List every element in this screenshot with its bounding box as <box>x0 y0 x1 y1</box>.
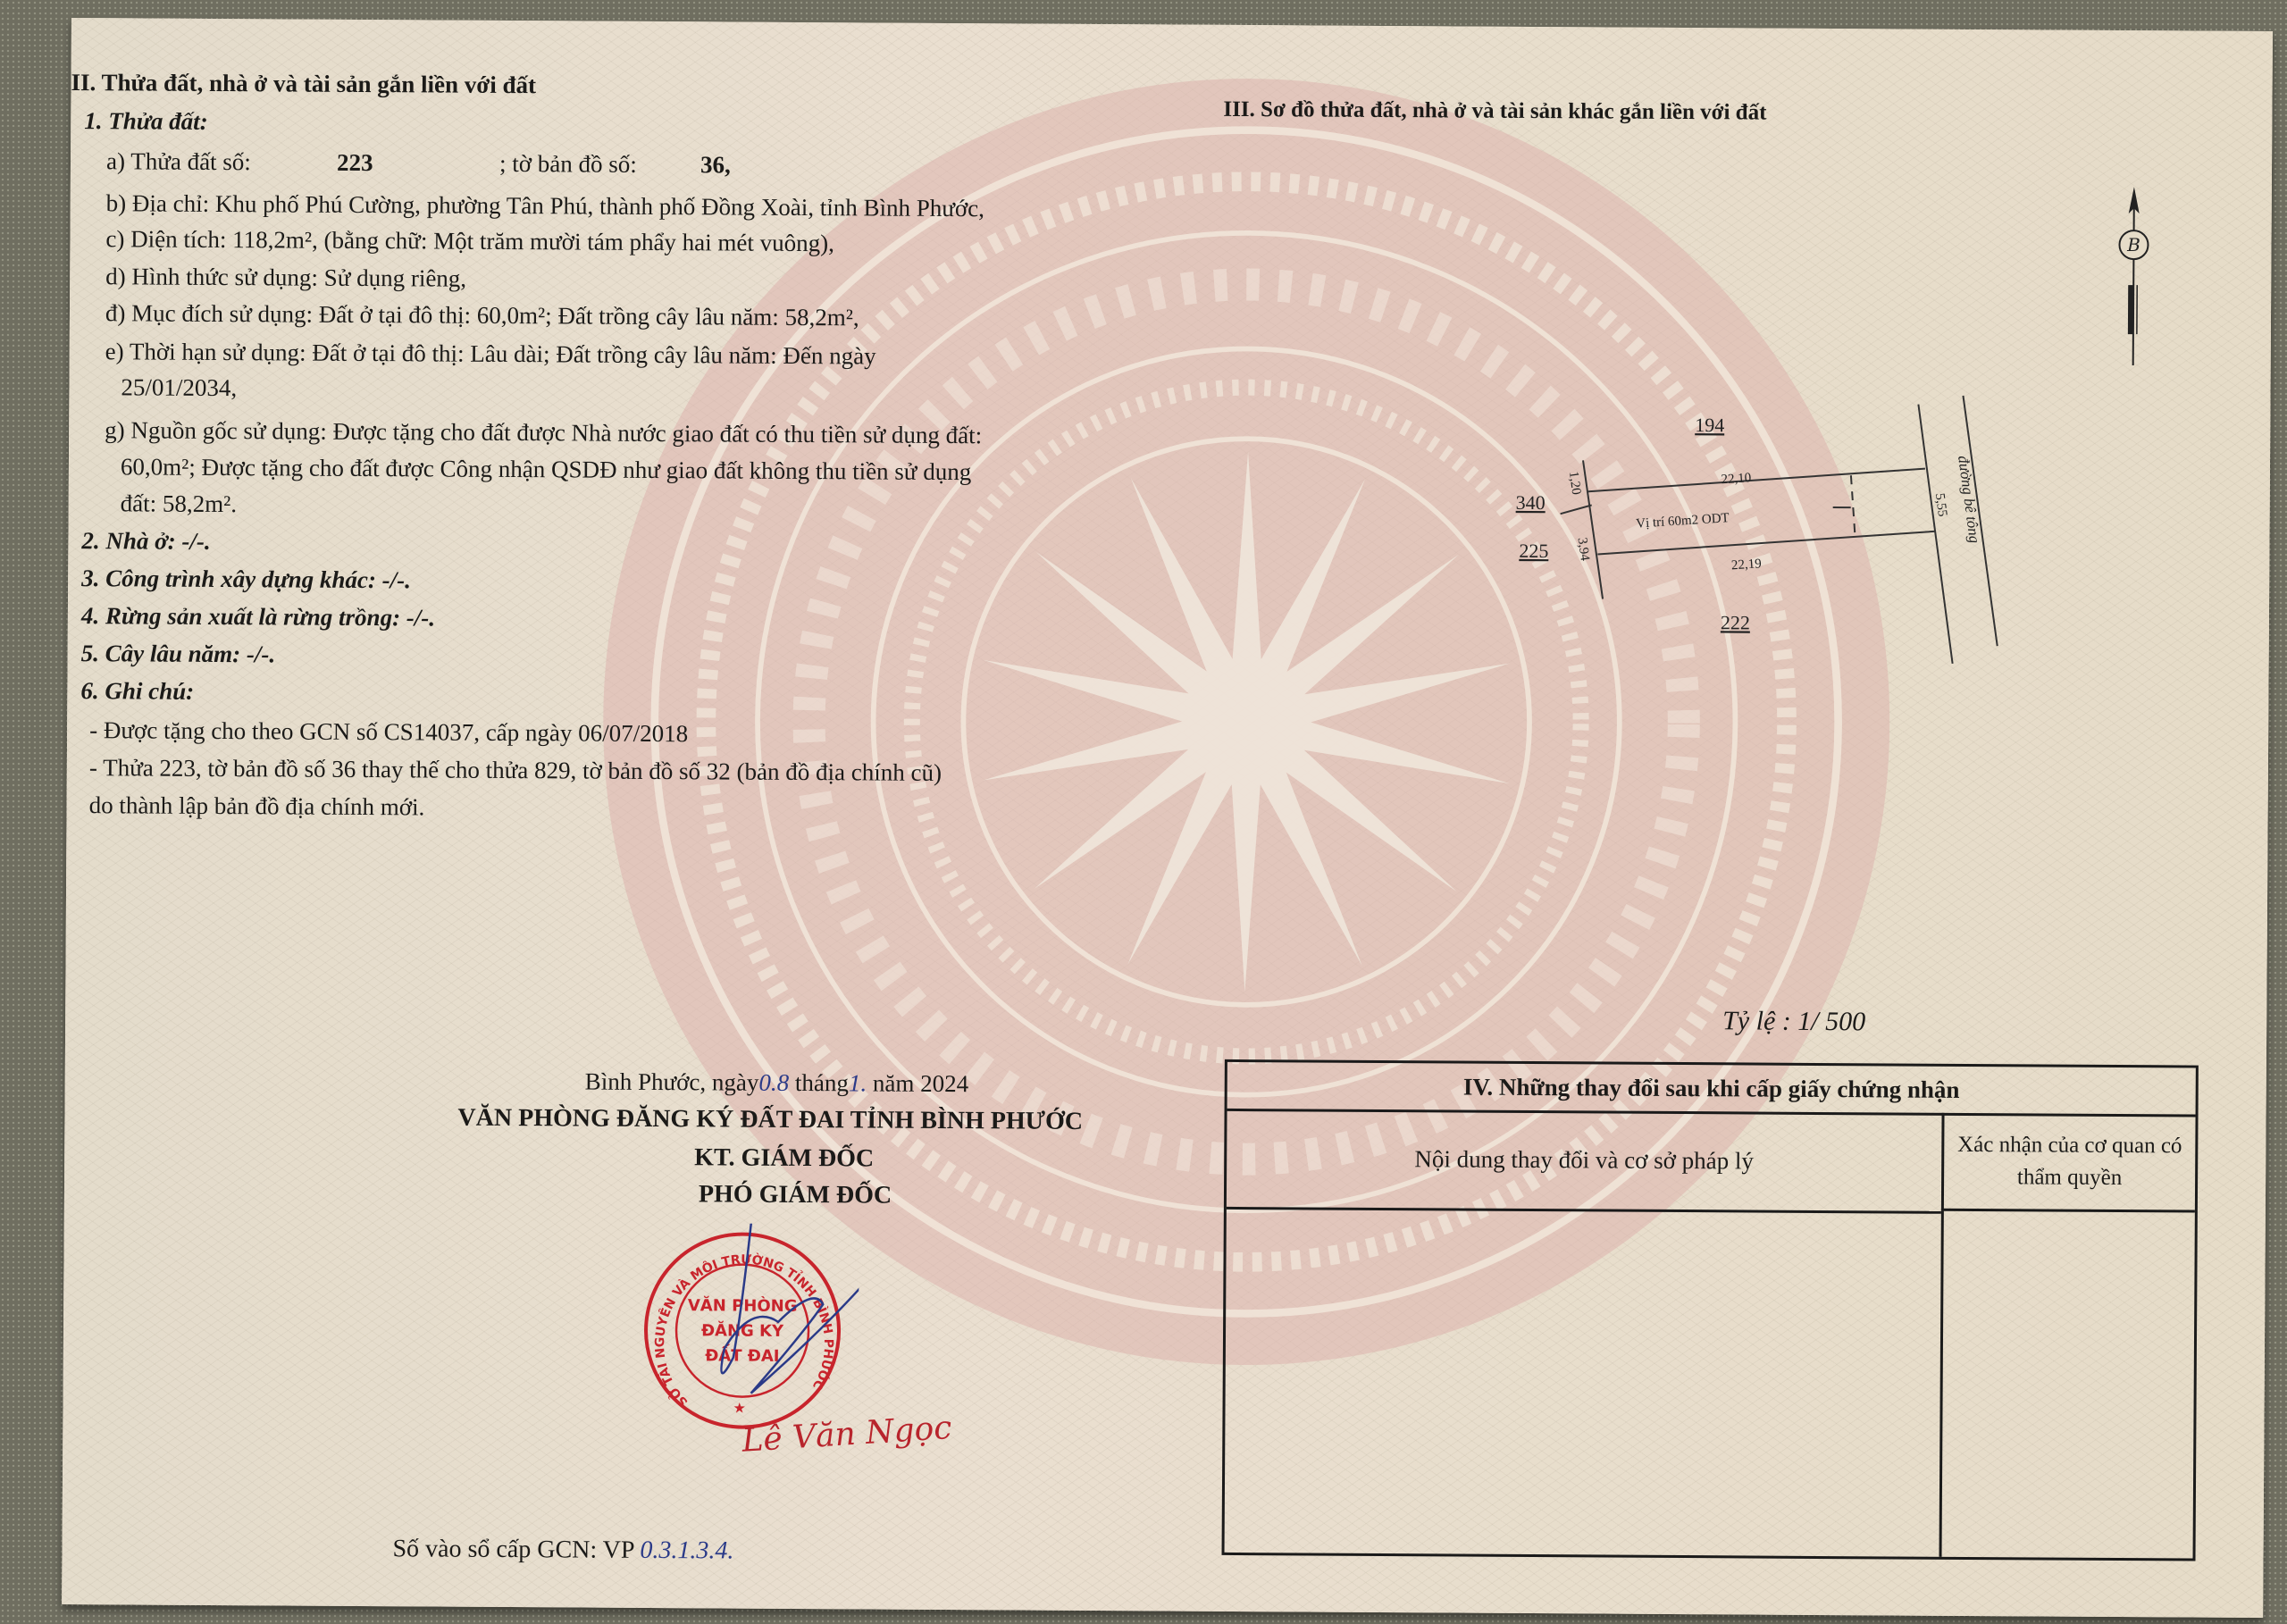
issue-date: Bình Phước, ngày0.8 tháng1. năm 2024 <box>585 1067 969 1100</box>
note-item: - Thửa 223, tờ bản đồ số 36 thay thế cho… <box>89 752 942 788</box>
note-item: - Được tặng cho theo GCN số CS14037, cấp… <box>89 715 688 749</box>
usage-form: d) Hình thức sử dụng: Sử dụng riêng, <box>105 261 466 293</box>
usage-term-date: 25/01/2034, <box>121 372 237 403</box>
usage-purpose: đ) Mục đích sử dụng: Đất ở tại đô thị: 6… <box>105 297 859 332</box>
issue-month: 1. <box>849 1069 867 1096</box>
svg-text:3,94: 3,94 <box>1575 537 1592 563</box>
on-behalf-label: KT. GIÁM ĐỐC <box>694 1143 874 1174</box>
column-header-content: Nội dung thay đổi và cơ sở pháp lý <box>1227 1109 1942 1214</box>
svg-text:22,10: 22,10 <box>1721 471 1752 487</box>
changes-table: IV. Những thay đổi sau khi cấp giấy chứn… <box>1222 1059 2199 1561</box>
svg-text:Vị trí 60m2 ODT: Vị trí 60m2 ODT <box>1636 511 1730 532</box>
svg-text:5,55: 5,55 <box>1932 492 1949 517</box>
usage-origin-line3: đất: 58,2m². <box>121 488 238 519</box>
scale-label: Tỷ lệ : 1/ 500 <box>1722 1006 1865 1037</box>
address: b) Địa chỉ: Khu phố Phú Cường, phường Tâ… <box>106 188 984 223</box>
issue-day: 0.8 <box>758 1069 789 1096</box>
map-sheet-label: ; tờ bản đồ số: <box>499 148 637 180</box>
notes-heading: 6. Ghi chú: <box>80 675 194 707</box>
svg-text:225: 225 <box>1519 540 1548 562</box>
svg-text:★: ★ <box>733 1400 745 1417</box>
usage-origin: g) Nguồn gốc sử dụng: Được tặng cho đất … <box>105 414 982 450</box>
land-certificate-page: II. Thửa đất, nhà ở và tài sản gắn liền … <box>62 18 2273 1618</box>
registry-value: 0.3.1.3.4. <box>640 1536 733 1565</box>
column-divider <box>1939 1211 1944 1557</box>
svg-text:340: 340 <box>1516 491 1546 514</box>
forest-item: 4. Rừng sản xuất là rừng trồng: -/-. <box>81 600 435 632</box>
north-arrow-icon: B <box>2115 187 2152 365</box>
svg-text:194: 194 <box>1695 414 1724 436</box>
registry-number: Số vào sổ cấp GCN: VP 0.3.1.3.4. <box>392 1534 733 1566</box>
parcel-number-label: a) Thửa đất số: <box>106 146 251 177</box>
signer-title: PHÓ GIÁM ĐỐC <box>699 1179 892 1210</box>
parcel-sketch-diagram: 194 340 225 222 22,10 22,19 Vị trí 60m2 … <box>1496 366 2052 691</box>
confirmation-line-1: Xác nhận của cơ quan có <box>1944 1129 2195 1163</box>
section-3-heading: III. Sơ đồ thửa đất, nhà ở và tài sản kh… <box>1223 95 1766 129</box>
parcel-number: 223 <box>337 147 373 178</box>
svg-text:222: 222 <box>1721 611 1750 633</box>
confirmation-line-2: thẩm quyền <box>1944 1161 2195 1195</box>
area: c) Diện tích: 118,2m², (bằng chữ: Một tr… <box>105 223 834 258</box>
parcel-heading: 1. Thửa đất: <box>84 105 208 137</box>
usage-origin-line2: 60,0m²; Được tặng cho đất được Công nhận… <box>121 451 972 487</box>
perennial-item: 5. Cây lâu năm: -/-. <box>81 638 276 669</box>
official-red-stamp: VĂN PHÒNG ĐĂNG KÝ ĐẤT ĐAI SỞ TÀI NGUYÊN … <box>634 1223 859 1448</box>
section-2-heading: II. Thửa đất, nhà ở và tài sản gắn liền … <box>71 67 536 100</box>
usage-term: e) Thời hạn sử dụng: Đất ở tại đô thị: L… <box>105 336 876 371</box>
registry-label: Số vào sổ cấp GCN: VP <box>392 1535 633 1564</box>
svg-text:22,19: 22,19 <box>1730 557 1762 573</box>
column-header-confirmation: Xác nhận của cơ quan có thẩm quyền <box>1941 1113 2196 1213</box>
svg-text:1,20: 1,20 <box>1566 471 1583 496</box>
issue-year: năm 2024 <box>873 1070 968 1098</box>
svg-text:đường bê tông: đường bê tông <box>1955 455 1983 544</box>
month-prefix: tháng <box>795 1069 849 1096</box>
house-item: 2. Nhà ở: -/-. <box>81 525 210 557</box>
svg-text:ĐĂNG KÝ: ĐĂNG KÝ <box>701 1320 784 1341</box>
svg-text:B: B <box>2126 234 2140 255</box>
note-item: do thành lập bản đồ địa chính mới. <box>89 790 425 822</box>
map-sheet-number: 36, <box>700 149 731 180</box>
issuing-office: VĂN PHÒNG ĐĂNG KÝ ĐẤT ĐAI TỈNH BÌNH PHƯỚ… <box>457 1103 1083 1137</box>
svg-text:ĐẤT ĐAI: ĐẤT ĐAI <box>705 1344 779 1366</box>
date-prefix: Bình Phước, ngày <box>585 1068 759 1096</box>
other-construction-item: 3. Công trình xây dựng khác: -/-. <box>81 563 411 595</box>
